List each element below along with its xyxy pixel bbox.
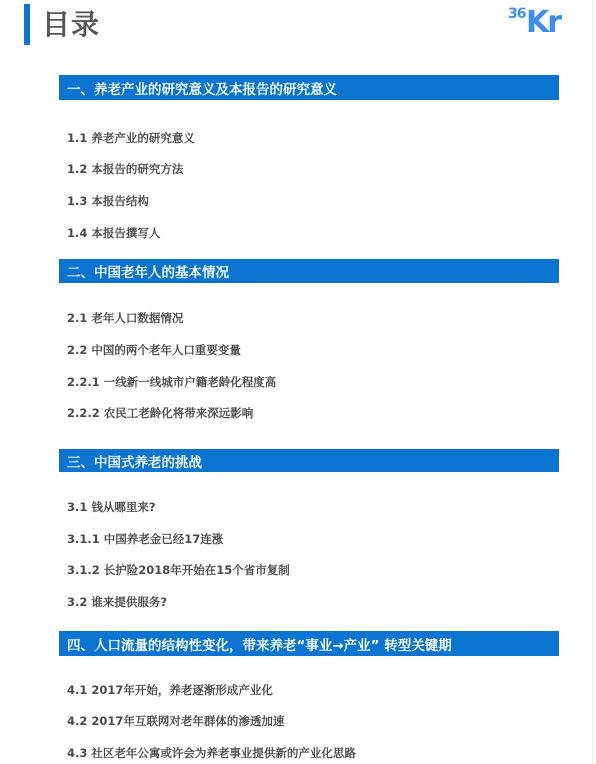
section-heading-1[interactable]: 一、养老产业的研究意义及本报告的研究意义 <box>59 75 559 100</box>
page-edge <box>592 0 593 764</box>
page-title: 目录 <box>42 5 100 45</box>
toc-item-1-3[interactable]: 1.3 本报告结构 <box>67 193 149 209</box>
toc-item-3-1-2[interactable]: 3.1.2 长护险2018年开始在15个省市复制 <box>67 562 290 578</box>
toc-item-3-2[interactable]: 3.2 谁来提供服务? <box>67 594 167 610</box>
section-heading-3[interactable]: 三、中国式养老的挑战 <box>59 449 559 472</box>
logo-kr: Kr <box>526 4 560 42</box>
section-heading-2[interactable]: 二、中国老年人的基本情况 <box>59 259 559 283</box>
toc-item-4-1[interactable]: 4.1 2017年开始，养老逐渐形成产业化 <box>67 682 273 698</box>
logo-36: 36 <box>508 6 525 22</box>
toc-item-4-2[interactable]: 4.2 2017年互联网对老年群体的渗透加速 <box>67 713 284 729</box>
toc-item-3-1[interactable]: 3.1 钱从哪里来? <box>67 499 156 515</box>
toc-item-1-1[interactable]: 1.1 养老产业的研究意义 <box>67 130 195 146</box>
toc-item-2-2-2[interactable]: 2.2.2 农民工老龄化将带来深远影响 <box>67 405 253 421</box>
toc-item-3-1-1[interactable]: 3.1.1 中国养老金已经17连涨 <box>67 531 223 547</box>
title-accent-bar <box>24 4 30 45</box>
toc-item-2-2-1[interactable]: 2.2.1 一线新一线城市户籍老龄化程度高 <box>67 374 276 390</box>
toc-item-4-3[interactable]: 4.3 社区老年公寓或许会为养老事业提供新的产业化思路 <box>67 745 356 761</box>
toc-item-2-1[interactable]: 2.1 老年人口数据情况 <box>67 310 183 326</box>
toc-item-1-4[interactable]: 1.4 本报告撰写人 <box>67 225 160 241</box>
toc-item-1-2[interactable]: 1.2 本报告的研究方法 <box>67 161 183 177</box>
toc-item-2-2[interactable]: 2.2 中国的两个老年人口重要变量 <box>67 342 241 358</box>
section-heading-4[interactable]: 四、人口流量的结构性变化，带来养老“事业→产业” 转型关键期 <box>59 631 559 656</box>
